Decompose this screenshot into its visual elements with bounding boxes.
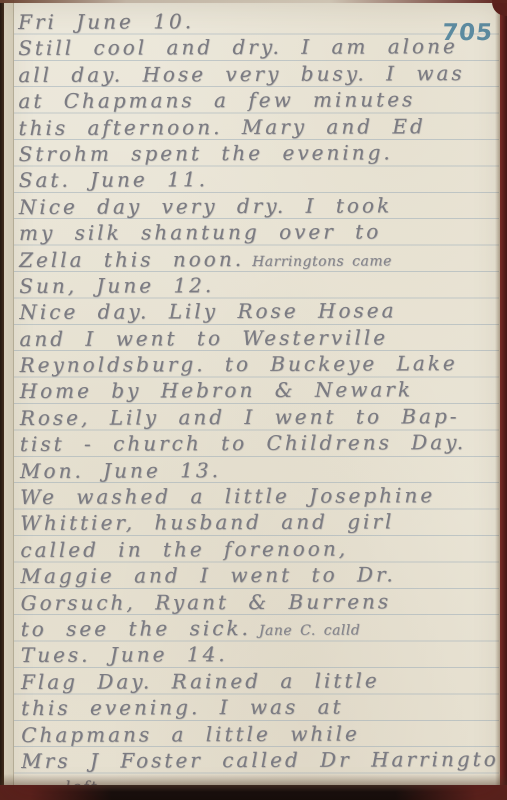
diary-line-text: Maggie and I went to Dr.	[20, 563, 395, 589]
diary-line: to see the sick.Jane C. calld	[21, 614, 500, 642]
diary-line-text: Still cool and dry. I am alone	[18, 34, 458, 60]
diary-line: Nice day very dry. I took	[19, 192, 498, 220]
diary-line-text: Mrs J Foster called Dr Harringtons	[21, 747, 507, 773]
book-cover-edge-bottom	[0, 785, 507, 800]
diary-line: Chapmans a little while	[21, 719, 500, 747]
diary-line: Fri June 10.	[18, 7, 497, 35]
diary-line: Gorsuch, Ryant & Burrens	[21, 587, 500, 615]
diary-line-text: called in the forenoon,	[20, 536, 348, 561]
diary-line: Rose, Lily and I went to Bap-	[20, 403, 499, 431]
diary-line-tail-text: Jane C. calld	[259, 622, 361, 638]
diary-line-text: all day. Hose very busy. I was	[18, 61, 464, 87]
diary-line: Sat. June 11.	[19, 165, 498, 193]
diary-line-text: Home by Hebron & Newark	[20, 378, 413, 404]
diary-line-text: Nice day very dry. I took	[19, 193, 392, 219]
diary-page-scan: Fri June 10.Still cool and dry. I am alo…	[0, 0, 507, 800]
diary-line: and I went to Westerville	[19, 324, 498, 352]
diary-line-text: tist - church to Childrens Day.	[20, 430, 466, 456]
diary-line-text: this evening. I was at	[21, 695, 344, 720]
diary-line: Home by Hebron & Newark	[20, 376, 499, 404]
page-edge-shadow-bottom	[0, 774, 507, 785]
diary-line-text: We washed a little Josephine	[20, 483, 435, 509]
diary-line: We washed a little Josephine	[20, 482, 499, 510]
page-stack-edge	[4, 0, 14, 800]
diary-line-text: Reynoldsburg. to Buckeye Lake	[20, 351, 458, 377]
diary-line: this evening. I was at	[21, 693, 500, 721]
diary-line: Strohm spent the evening.	[19, 139, 498, 167]
book-cover-edge-right	[500, 0, 507, 800]
diary-line: all day. Hose very busy. I was	[18, 60, 497, 88]
diary-line: my silk shantung over to	[19, 218, 498, 246]
diary-line: at Chapmans a few minutes	[18, 86, 497, 114]
diary-line: Still cool and dry. I am alone	[18, 33, 497, 61]
diary-line-text: Whittier, husband and girl	[20, 510, 394, 536]
page-number-stamp: 705	[441, 20, 495, 46]
diary-line-text: Sun, June 12.	[19, 273, 214, 298]
diary-line-text: Tues. June 14.	[21, 642, 228, 667]
diary-line-text: Chapmans a little while	[21, 721, 360, 746]
diary-line: Sun, June 12.	[19, 271, 498, 299]
diary-line-text: this afternoon. Mary and Ed	[18, 114, 425, 140]
diary-line: Zella this noon.Harringtons came	[19, 244, 498, 272]
diary-line-text: Gorsuch, Ryant & Burrens	[21, 589, 392, 615]
binding-edge-left	[0, 0, 4, 800]
handwritten-text: Fri June 10.Still cool and dry. I am alo…	[18, 7, 500, 800]
diary-line: Mon. June 13.	[20, 456, 499, 484]
diary-line-tail-text: Harringtons came	[252, 253, 392, 270]
diary-line-text: and I went to Westerville	[19, 325, 388, 351]
diary-line: Tues. June 14.	[21, 640, 500, 668]
diary-line: Maggie and I went to Dr.	[20, 561, 499, 589]
diary-line: Nice day. Lily Rose Hosea	[19, 297, 498, 325]
diary-line-text: Flag Day. Rained a little	[21, 668, 380, 694]
diary-line-text: Sat. June 11.	[19, 168, 208, 193]
diary-line: Whittier, husband and girl	[20, 508, 499, 536]
diary-line: this afternoon. Mary and Ed	[18, 112, 497, 140]
diary-line-text: my silk shantung over to	[19, 220, 381, 246]
diary-line-text: Mon. June 13.	[20, 458, 221, 483]
diary-line-text: Rose, Lily and I went to Bap-	[20, 404, 460, 430]
diary-line: Reynoldsburg. to Buckeye Lake	[19, 350, 498, 378]
diary-line: tist - church to Childrens Day.	[20, 429, 499, 457]
diary-line: Flag Day. Rained a little	[21, 667, 500, 695]
book-cover-edge-top	[0, 0, 507, 3]
diary-line-text: Zella this noon.	[19, 247, 244, 272]
diary-line: Mrs J Foster called Dr Harringtons	[21, 746, 500, 774]
diary-line-text: to see the sick.	[21, 616, 251, 641]
diary-line-text: Fri June 10.	[18, 9, 194, 34]
diary-line-text: Strohm spent the evening.	[19, 140, 393, 166]
diary-line-text: at Chapmans a few minutes	[18, 87, 415, 113]
diary-line: called in the forenoon,	[20, 535, 499, 563]
diary-line-text: Nice day. Lily Rose Hosea	[19, 299, 396, 325]
